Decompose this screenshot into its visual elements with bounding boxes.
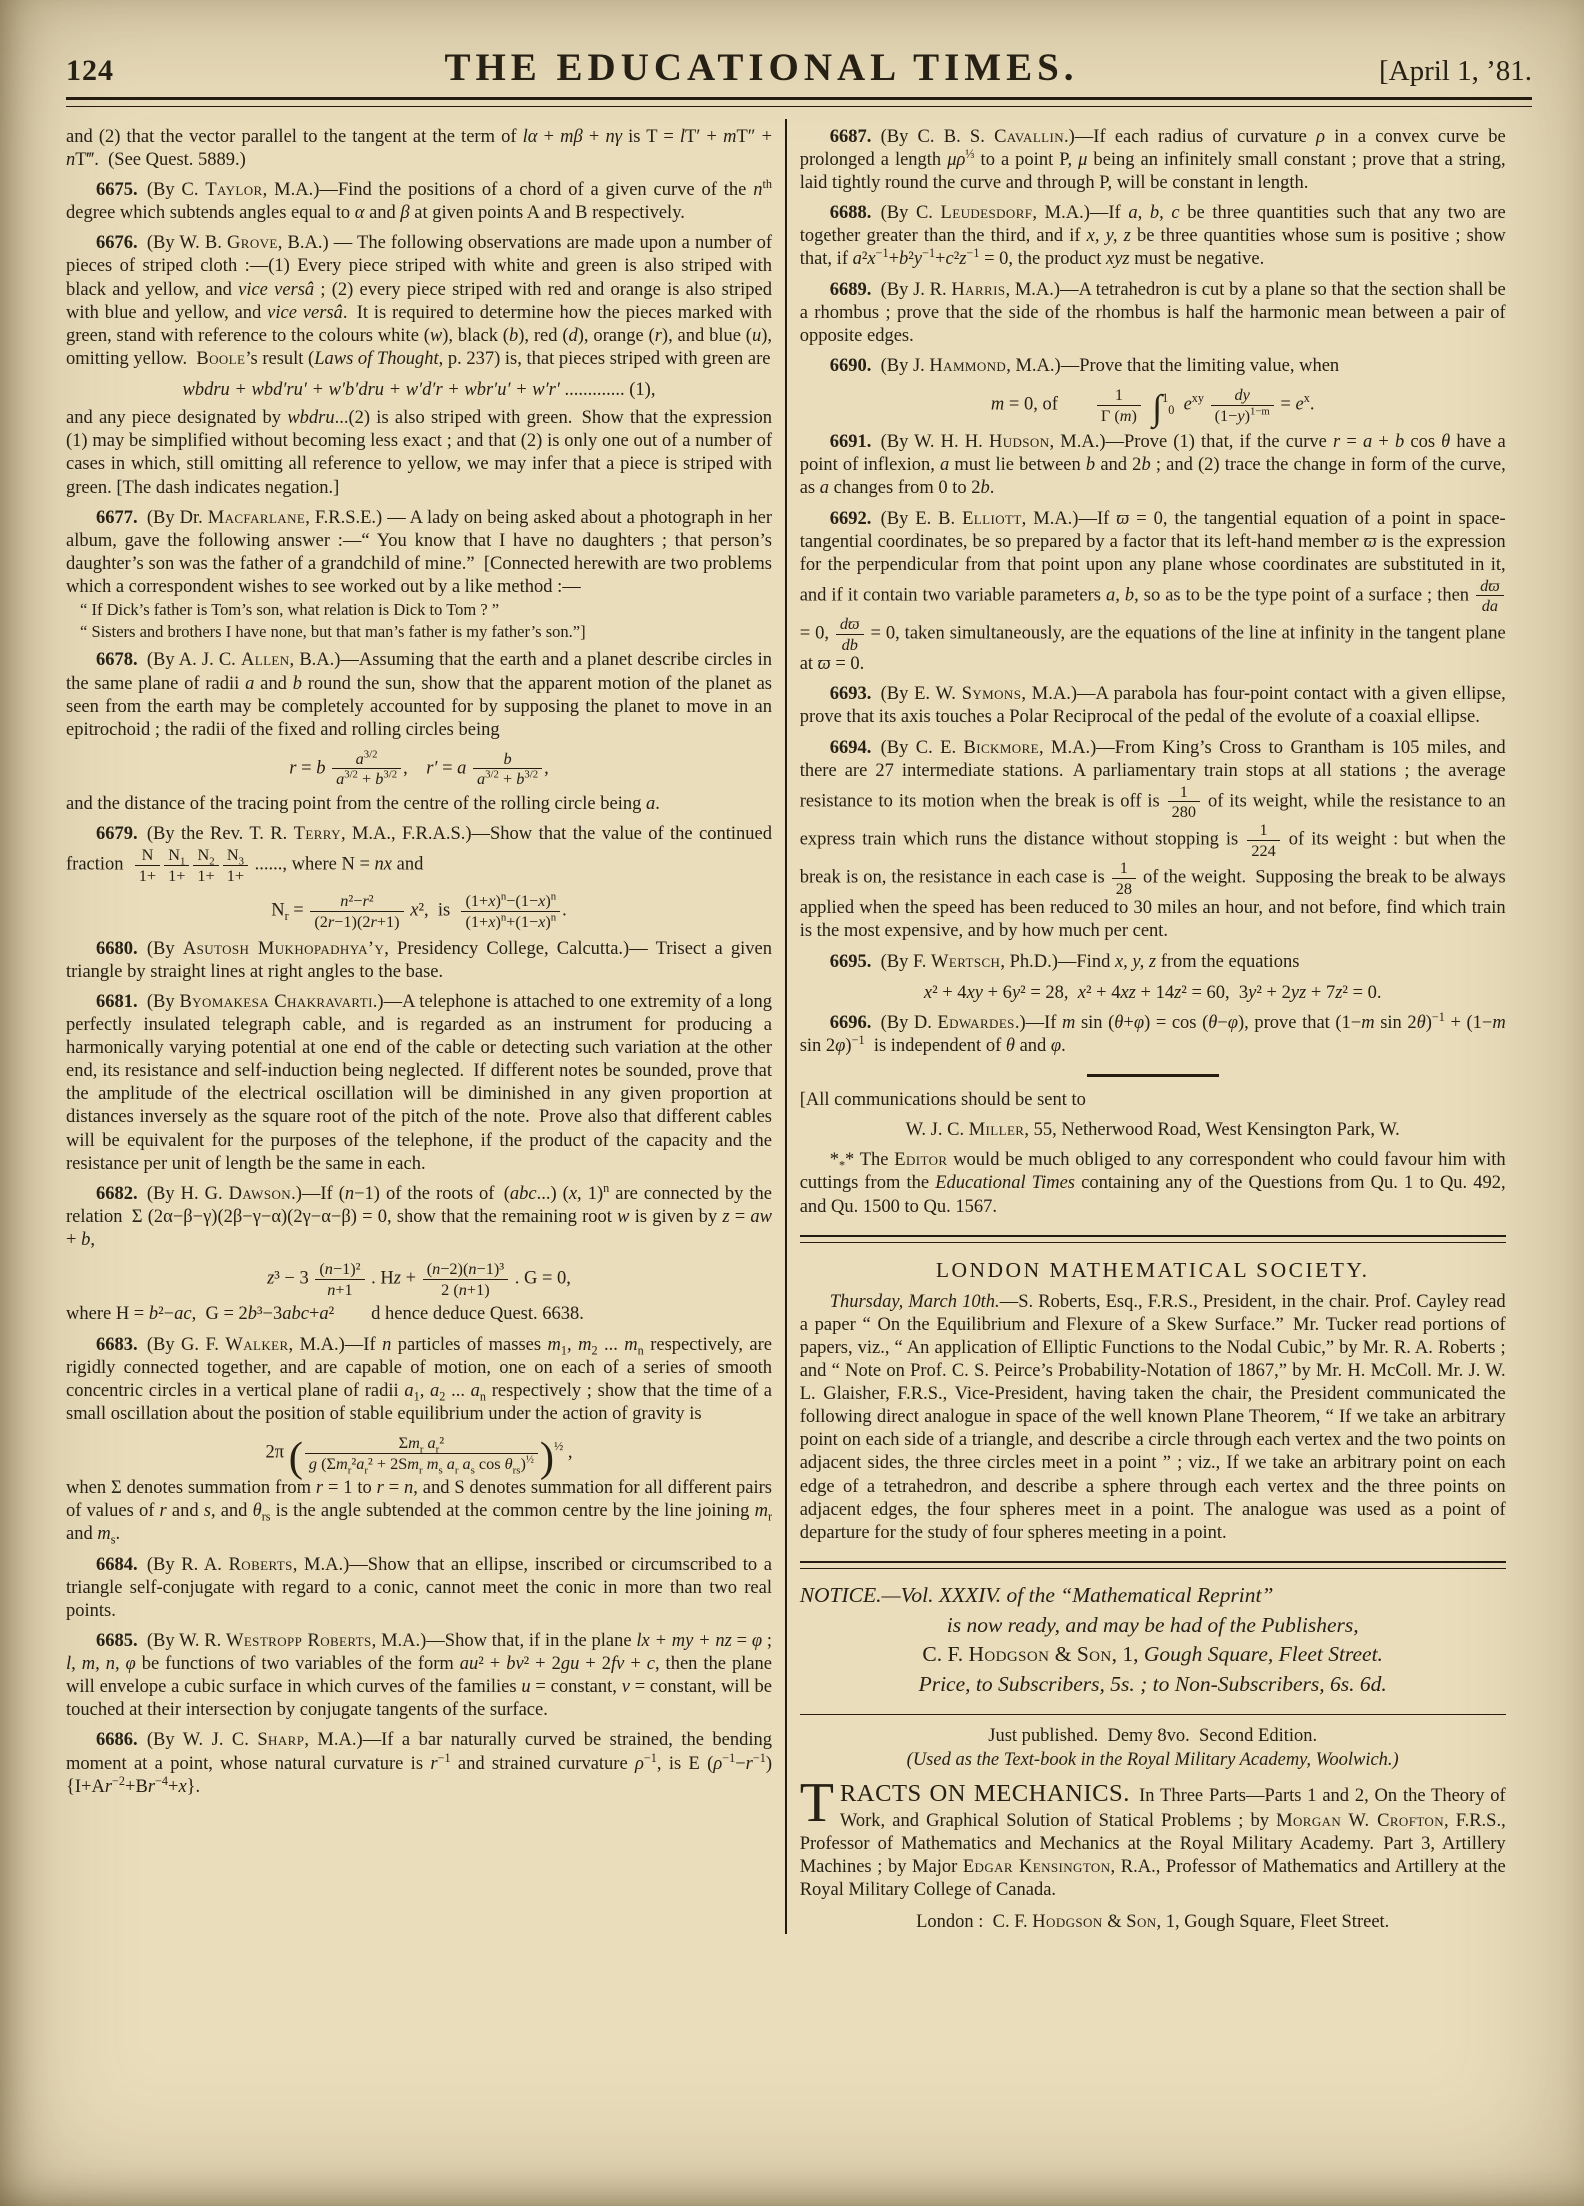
problem-6683-continued: when Σ denotes summation from r = 1 to r… — [66, 1477, 772, 1546]
problem-6692: 6692. (By E. B. Elliott, M.A.)—If ϖ = 0,… — [800, 508, 1506, 677]
problem-6678: 6678. (By A. J. C. Allen, B.A.)—Assuming… — [66, 649, 772, 742]
advert-tracts-on-mechanics: TRACTS ON MECHANICS. In Three Parts—Part… — [800, 1779, 1506, 1902]
problem-6684: 6684. (By R. A. Roberts, M.A.)—Show that… — [66, 1554, 772, 1623]
problem-6682: 6682. (By H. G. Dawson.)—If (n−1) of the… — [66, 1183, 772, 1252]
problem-6680: 6680. (By Asutosh Mukhopadhya’y, Preside… — [66, 938, 772, 984]
problem-6682-continued: where H = b²−ac, G = 2b³−3abc+a² d hence… — [66, 1303, 772, 1326]
problem-6695: 6695. (By F. Wertsch, Ph.D.)—Find x, y, … — [800, 951, 1506, 974]
section-divider-double-rule-2 — [800, 1561, 1506, 1569]
section-divider-single-rule — [800, 1714, 1506, 1715]
lms-section-heading: LONDON MATHEMATICAL SOCIETY. — [800, 1257, 1506, 1284]
notice-line-2: is now ready, and may be had of the Publ… — [800, 1611, 1506, 1641]
problem-6688: 6688. (By C. Leudesdorf, M.A.)—If a, b, … — [800, 202, 1506, 271]
communications-intro: [All communications should be sent to — [800, 1089, 1506, 1112]
problem-6676-continued: and any piece designated by wbdru...(2) … — [66, 407, 772, 500]
problem-6694: 6694. (By C. E. Bickmore, M.A.)—From Kin… — [800, 737, 1506, 944]
page-title: THE EDUCATIONAL TIMES. — [216, 44, 1307, 93]
notice-block: NOTICE.—Vol. XXXIV. of the “Mathematical… — [800, 1581, 1506, 1700]
advert-textbook-note: (Used as the Text-book in the Royal Mili… — [800, 1749, 1506, 1772]
notice-line-4: Price, to Subscribers, 5s. ; to Non-Subs… — [800, 1670, 1506, 1700]
problem-6678-continued: and the distance of the tracing point fr… — [66, 793, 772, 816]
lms-report-paragraph: Thursday, March 10th.—S. Roberts, Esq., … — [800, 1291, 1506, 1545]
problem-6675: 6675. (By C. Taylor, M.A.)—Find the posi… — [66, 179, 772, 225]
problem-6687: 6687. (By C. B. S. Cavallin.)—If each ra… — [800, 126, 1506, 195]
formula-6676: wbdru + wbd′ru′ + w′b′dru + w′d′r + wbr′… — [66, 379, 772, 402]
problem-6685: 6685. (By W. R. Westropp Roberts, M.A.)—… — [66, 1630, 772, 1723]
section-divider-short-rule — [1087, 1074, 1219, 1077]
advert-publisher-line: London : C. F. Hodgson & Son, 1, Gough S… — [800, 1911, 1506, 1934]
problem-6689: 6689. (By J. R. Harris, M.A.)—A tetrahed… — [800, 279, 1506, 348]
advert-publication-line: Just published. Demy 8vo. Second Edition… — [800, 1725, 1506, 1748]
problem-6686: 6686. (By W. J. C. Sharp, M.A.)—If a bar… — [66, 1729, 772, 1798]
formula-6682: z³ − 3 (n−1)²n+1 . Hz + (n−2)(n−1)³2 (n+… — [66, 1260, 772, 1298]
page-header: 124 THE EDUCATIONAL TIMES. [April 1, ’81… — [66, 44, 1532, 93]
notice-line-1: NOTICE.—Vol. XXXIV. of the “Mathematical… — [800, 1581, 1506, 1611]
two-column-layout: and (2) that the vector parallel to the … — [66, 119, 1532, 1934]
formula-6679: Nr = n²−r²(2r−1)(2r+1) x², is (1+x)n−(1−… — [66, 892, 772, 930]
problem-6690: 6690. (By J. Hammond, M.A.)—Prove that t… — [800, 355, 1506, 378]
problem-6681: 6681. (By Byomakesa Chakravarti.)—A tele… — [66, 991, 772, 1176]
formula-6683: 2π (Σmr ar²g (Σmr²ar² + 2Smr ms ar as co… — [66, 1434, 772, 1472]
problem-6677-quote-2: “ Sisters and brothers I have none, but … — [80, 622, 772, 643]
page-content: 124 THE EDUCATIONAL TIMES. [April 1, ’81… — [0, 0, 1584, 1934]
problem-6696: 6696. (By D. Edwardes.)—If m sin (θ+φ) =… — [800, 1012, 1506, 1058]
header-divider-rule — [66, 97, 1532, 107]
left-column: and (2) that the vector parallel to the … — [66, 119, 785, 1934]
section-divider-double-rule-1 — [800, 1235, 1506, 1243]
problem-6693: 6693. (By E. W. Symons, M.A.)—A parabola… — [800, 683, 1506, 729]
problem-6691: 6691. (By W. H. H. Hudson, M.A.)—Prove (… — [800, 431, 1506, 500]
problem-6677-quote-1: “ If Dick’s father is Tom’s son, what re… — [80, 600, 772, 621]
formula-6678: r = b a3/2a3/2 + b3/2, r′ = a ba3/2 + b3… — [66, 750, 772, 788]
problem-6683: 6683. (By G. F. Walker, M.A.)—If n parti… — [66, 1334, 772, 1427]
right-column: 6687. (By C. B. S. Cavallin.)—If each ra… — [787, 119, 1506, 1934]
page-number: 124 — [66, 52, 216, 90]
notice-line-3: C. F. Hodgson & Son, 1, Gough Square, Fl… — [800, 1640, 1506, 1670]
continuation-paragraph: and (2) that the vector parallel to the … — [66, 126, 772, 172]
editor-note: *** The Editor would be much obliged to … — [800, 1149, 1506, 1218]
problem-6677: 6677. (By Dr. Macfarlane, F.R.S.E.) — A … — [66, 507, 772, 600]
communications-address: W. J. C. Miller, 55, Netherwood Road, We… — [800, 1119, 1506, 1142]
page-date: [April 1, ’81. — [1307, 53, 1532, 89]
problem-6679: 6679. (By the Rev. T. R. Terry, M.A., F.… — [66, 823, 772, 884]
scanned-newspaper-page: 124 THE EDUCATIONAL TIMES. [April 1, ’81… — [0, 0, 1584, 2206]
formula-6690: m = 0, of 1Γ (m) ∫10 exy dy(1−y)1−m = ex… — [800, 386, 1506, 424]
problem-6676: 6676. (By W. B. Grove, B.A.) — The follo… — [66, 232, 772, 371]
formula-6695: x² + 4xy + 6y² = 28, x² + 4xz + 14z² = 6… — [800, 982, 1506, 1005]
